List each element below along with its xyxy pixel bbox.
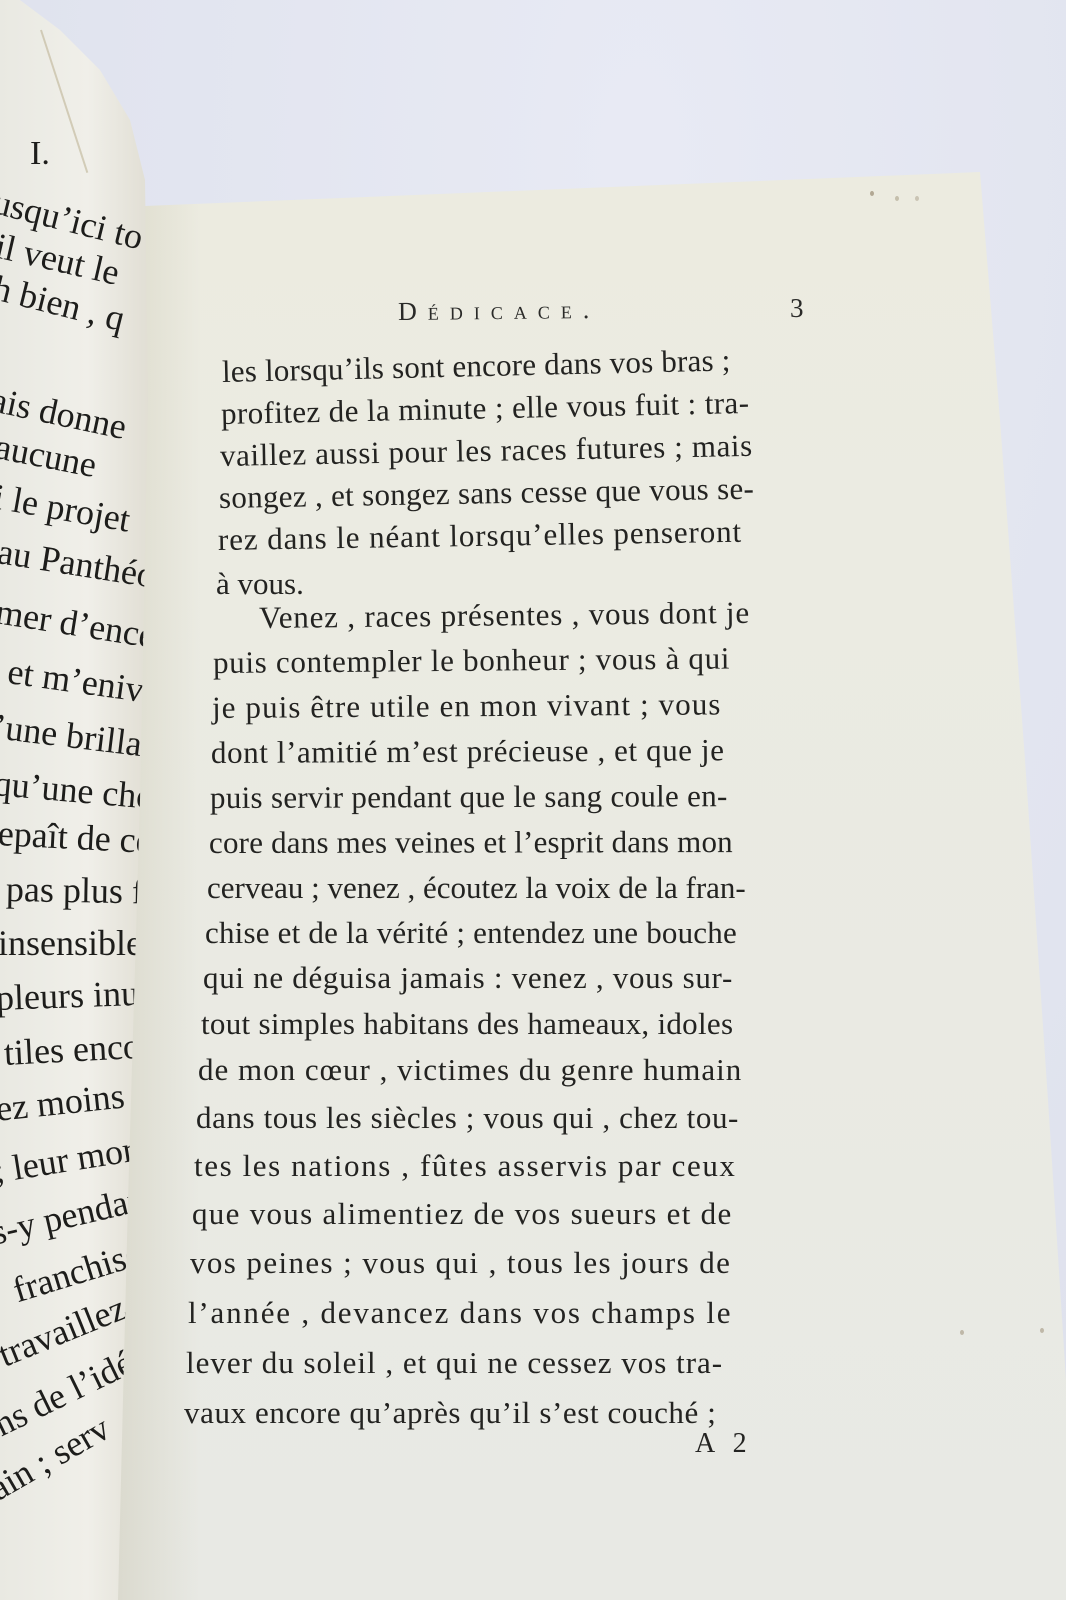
text-line: vaillez aussi pour les races futures ; m… xyxy=(220,428,753,474)
text-line: de mon cœur , victimes du genre humain xyxy=(198,1052,742,1088)
text-line: puis servir pendant que le sang coule en… xyxy=(210,778,728,816)
text-line: que vous alimentiez de vos sueurs et de xyxy=(192,1196,733,1232)
text-line: les lorsqu’ils sont encore dans vos bras… xyxy=(222,342,731,390)
text-line: lever du soleil , et qui ne cessez vos t… xyxy=(186,1345,723,1381)
text-line: songez , et songez sans cesse que vous s… xyxy=(219,471,755,516)
right-page-text: Dédicace. 3 les lorsqu’ils sont encore d… xyxy=(0,0,1066,1600)
text-line: core dans mes veines et l’esprit dans mo… xyxy=(209,824,733,861)
signature-mark: A 2 xyxy=(695,1428,753,1460)
text-line: dont l’amitié m’est précieuse , et que j… xyxy=(211,732,725,771)
page-number: 3 xyxy=(790,293,804,324)
text-line: vaux encore qu’après qu’il s’est couché … xyxy=(184,1395,716,1431)
text-line: l’année , devancez dans vos champs le xyxy=(188,1295,732,1331)
text-line: puis contempler le bonheur ; vous à qui xyxy=(213,640,730,681)
text-line: tout simples habitans des hameaux, idole… xyxy=(201,1006,733,1042)
text-line: tes les nations , fûtes asservis par ceu… xyxy=(194,1148,737,1184)
text-line: cerveau ; venez , écoutez la voix de la … xyxy=(207,870,746,906)
text-line: je puis être utile en mon vivant ; vous xyxy=(212,686,722,726)
text-line: vos peines ; vous qui , tous les jours d… xyxy=(190,1245,731,1281)
running-head: Dédicace. xyxy=(398,295,601,327)
text-line: qui ne déguisa jamais : venez , vous sur… xyxy=(203,960,733,996)
text-line: à vous. xyxy=(216,566,304,602)
text-line: Venez , races présentes , vous dont je xyxy=(259,595,750,636)
text-line: profitez de la minute ; elle vous fuit :… xyxy=(221,385,750,432)
text-line: rez dans le néant lorsqu’elles penseront xyxy=(218,514,743,558)
text-line: chise et de la vérité ; entendez une bou… xyxy=(205,915,737,951)
text-line: dans tous les siècles ; vous qui , chez … xyxy=(196,1100,739,1136)
